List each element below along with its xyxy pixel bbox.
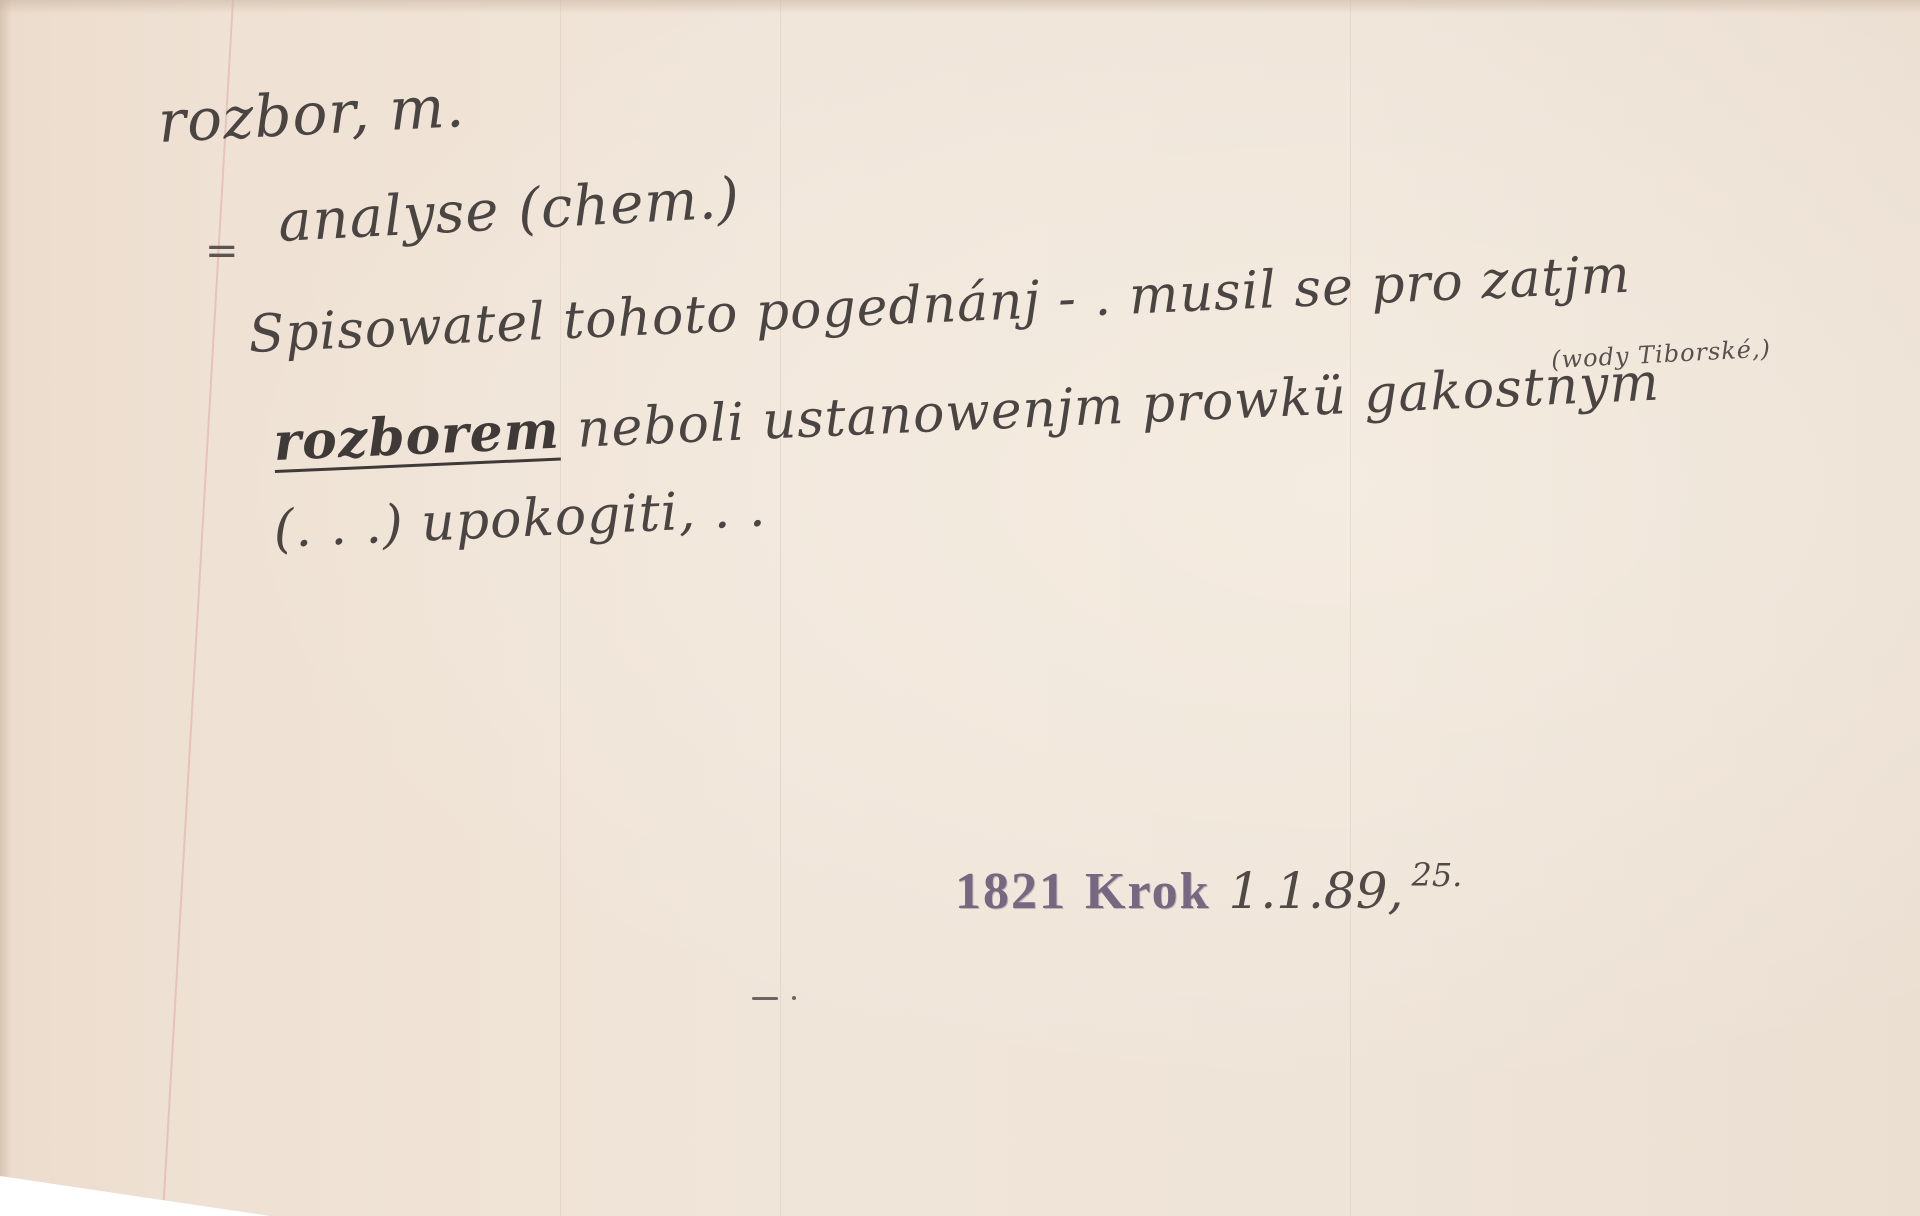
quotation-line-2: rozborem neboli ustanowenjm prowkü gakos… xyxy=(272,352,1661,473)
quotation-line-3: (. . .) upokogiti, . . xyxy=(272,479,767,560)
headword: rozbor, m. xyxy=(156,72,466,156)
stamp-number: 1821 xyxy=(955,862,1067,921)
quotation-line-1: Spisowatel tohoto pogednánj - . musil se… xyxy=(247,245,1632,365)
dictionary-slip-card: rozbor, m. = analyse (chem.) Spisowatel … xyxy=(0,0,1920,1216)
stamp-author: Krok xyxy=(1085,862,1211,921)
stray-pencil-dot xyxy=(792,996,796,1000)
definition: analyse (chem.) xyxy=(277,166,742,255)
quotation-line-2-rest: neboli ustanowenjm prowkü gakostnym xyxy=(558,353,1661,461)
card-top-shadow xyxy=(0,0,1920,14)
card-left-edge xyxy=(0,0,12,1216)
equals-sign: = xyxy=(205,228,239,274)
stray-pencil-mark xyxy=(752,997,778,1000)
source-volume-reference: 1.1.89, xyxy=(1229,862,1404,920)
margin-line xyxy=(162,0,234,1216)
paper-texture-streak xyxy=(1350,0,1351,1216)
paper-texture-streak xyxy=(780,0,781,1216)
source-reference: 1821 Krok 1.1.89, 25. xyxy=(955,862,1462,921)
source-page: 25. xyxy=(1411,856,1462,894)
quotation-keyword: rozborem xyxy=(272,400,561,473)
scan-background-corner xyxy=(0,1176,270,1216)
